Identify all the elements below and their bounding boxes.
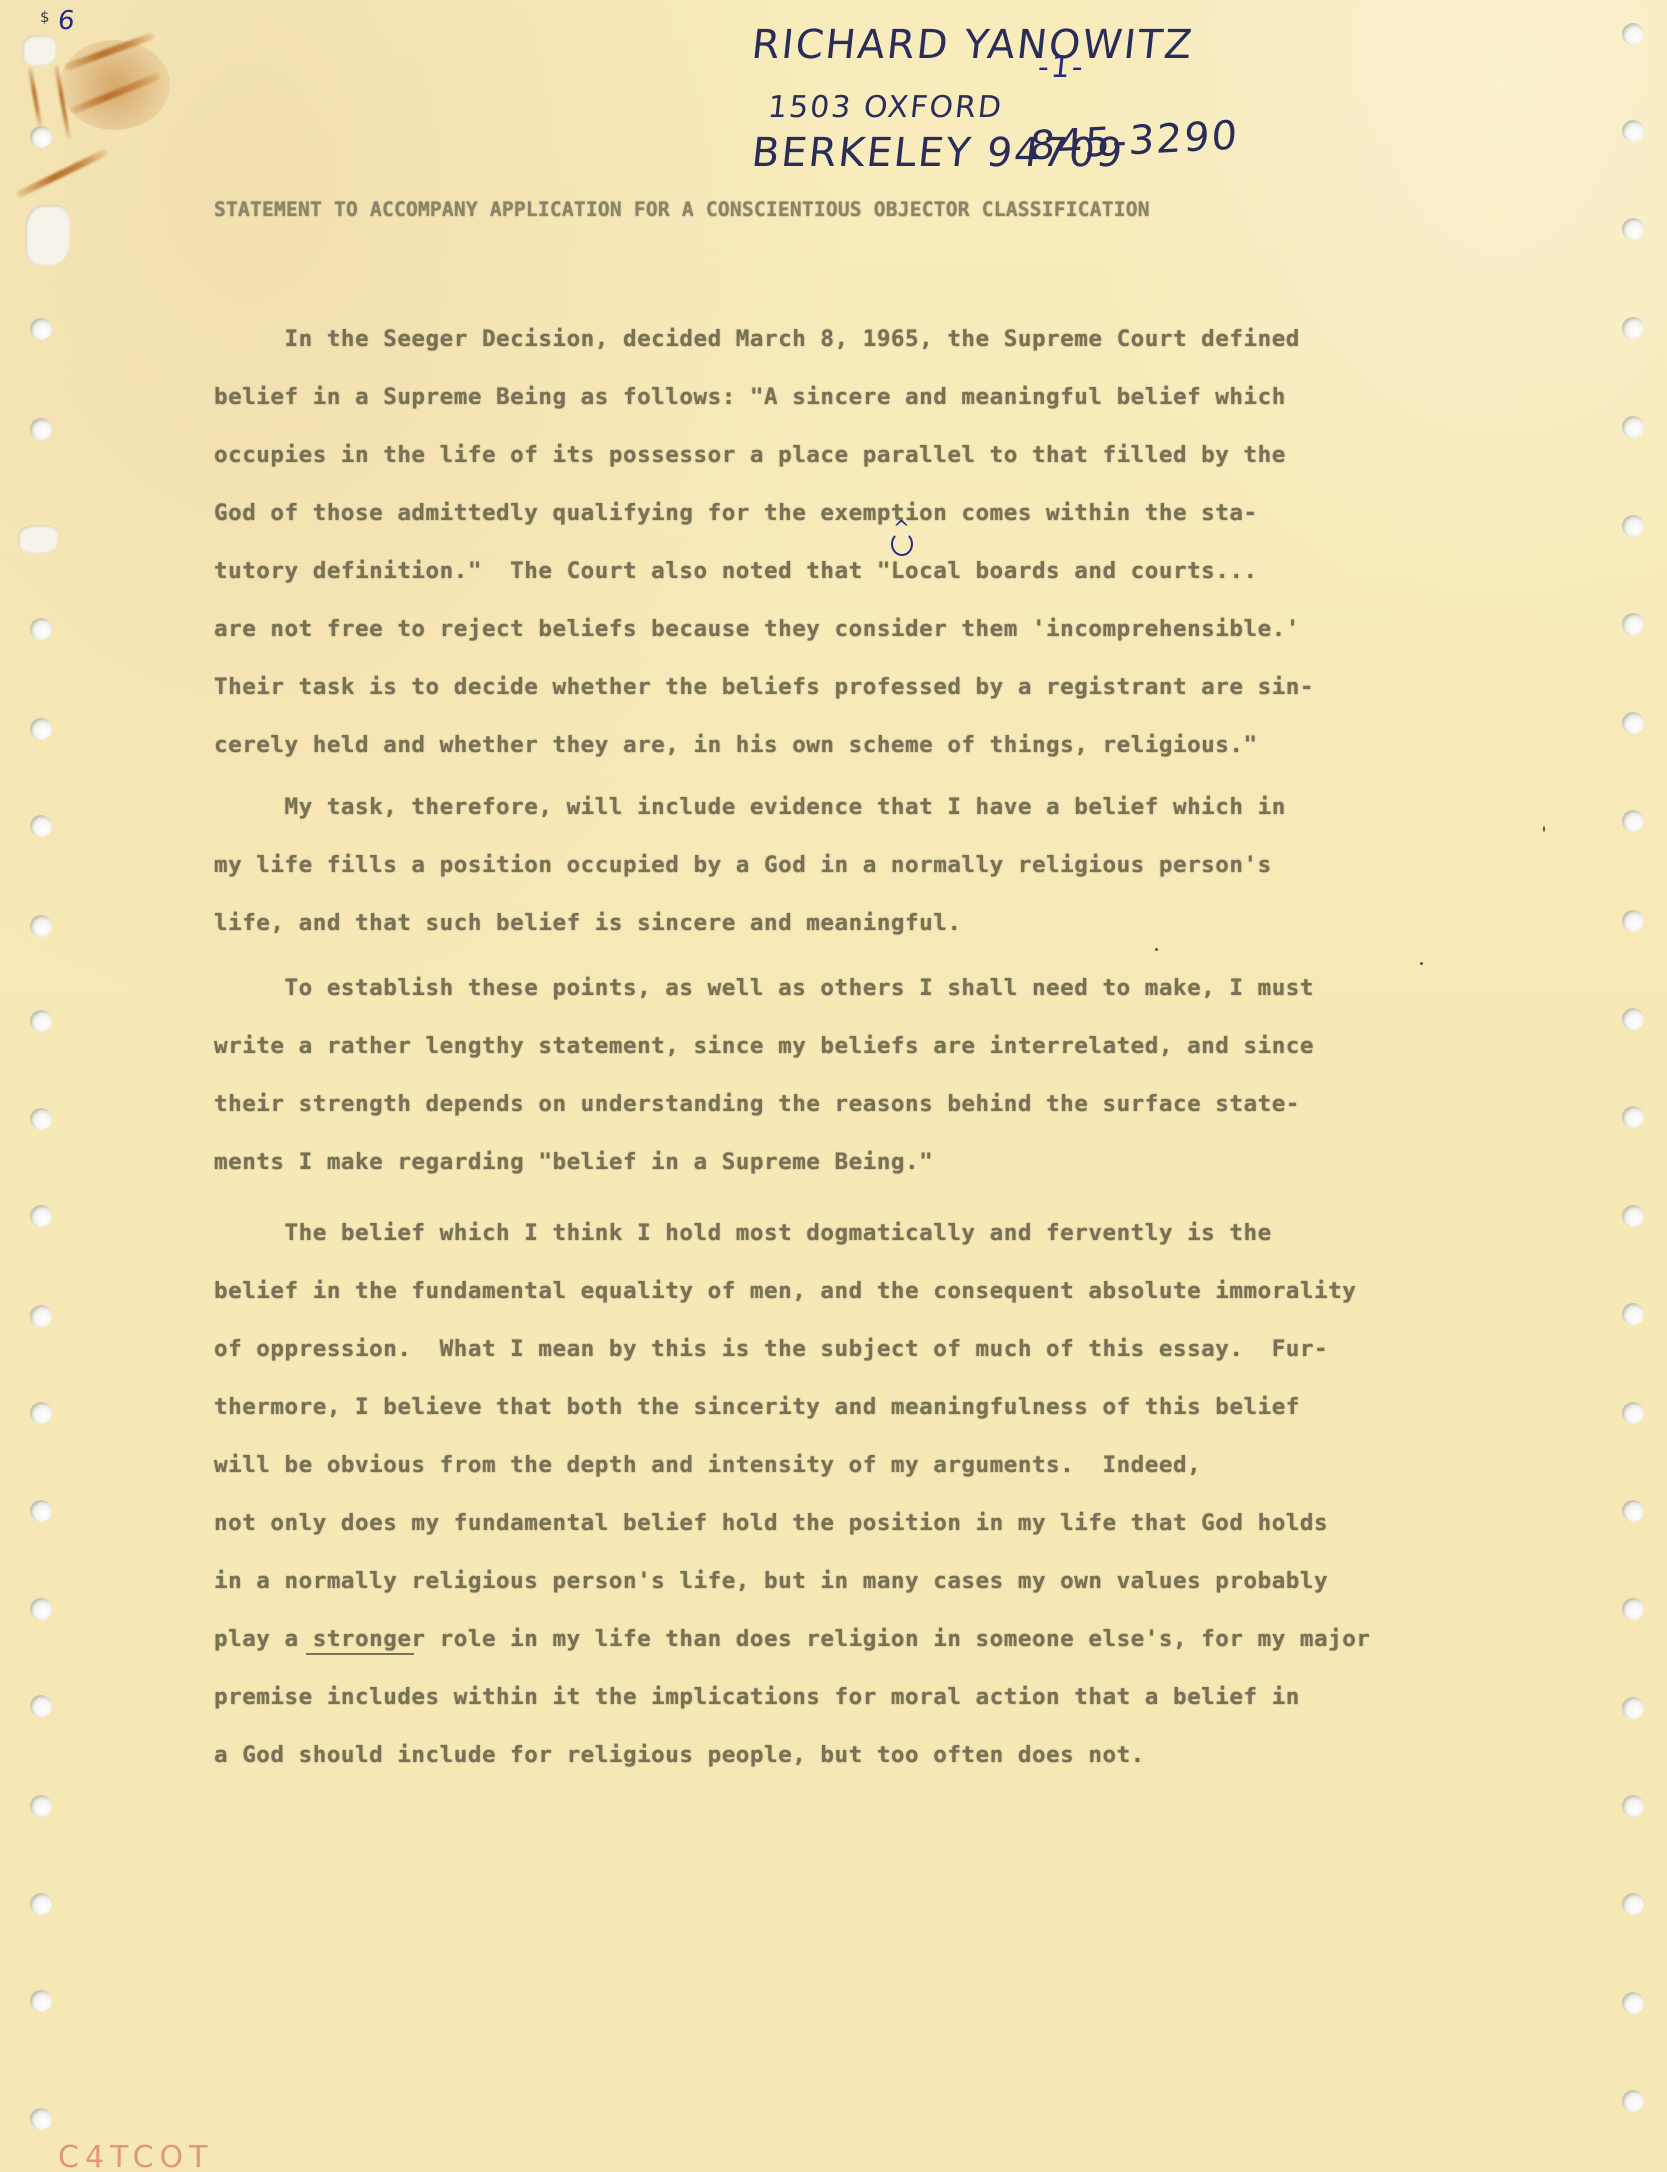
body-line: To establish these points, as well as ot… (214, 975, 1314, 1001)
body-line: a God should include for religious peopl… (214, 1742, 1145, 1768)
body-line: not only does my fundamental belief hold… (214, 1510, 1328, 1536)
body-line: will be obvious from the depth and inten… (214, 1452, 1201, 1478)
feed-hole (30, 915, 52, 937)
body-line: life, and that such belief is sincere an… (214, 910, 961, 936)
feed-hole (30, 1402, 52, 1424)
torn-hole (25, 205, 70, 265)
body-line: belief in the fundamental equality of me… (214, 1278, 1356, 1304)
feed-hole (30, 1010, 52, 1032)
document-page: $ 6 RICHARD YANOWITZ -1- 1503 OXFORD BER… (0, 0, 1667, 2172)
stray-mark (1155, 948, 1158, 951)
feed-hole (1622, 23, 1644, 45)
rust-stain (16, 148, 109, 198)
feed-hole (30, 2108, 52, 2130)
feed-hole (1622, 1008, 1644, 1030)
handwritten-name: RICHARD YANOWITZ (750, 22, 1196, 68)
body-line: God of those admittedly qualifying for t… (214, 500, 1258, 526)
page-number-mark: -1- (1036, 50, 1086, 85)
feed-hole (1622, 317, 1644, 339)
feed-hole (1622, 416, 1644, 438)
feed-hole (30, 815, 52, 837)
body-line: cerely held and whether they are, in his… (214, 732, 1258, 758)
feed-hole (1622, 218, 1644, 240)
body-line: their strength depends on understanding … (214, 1091, 1300, 1117)
feed-hole (1622, 515, 1644, 537)
feed-hole (30, 718, 52, 740)
body-line: My task, therefore, will include evidenc… (214, 794, 1286, 820)
rust-stain (60, 40, 170, 130)
body-line: thermore, I believe that both the sincer… (214, 1394, 1300, 1420)
underline-stronger (306, 1653, 414, 1655)
body-line: The belief which I think I hold most dog… (214, 1220, 1272, 1246)
feed-hole (1622, 1992, 1644, 2014)
body-line: occupies in the life of its possessor a … (214, 442, 1286, 468)
feed-hole (30, 318, 52, 340)
handwritten-correction-mark: ^ (890, 520, 912, 556)
stray-mark (1543, 826, 1545, 832)
feed-hole (1622, 120, 1644, 142)
handwritten-page-count: 6 (56, 6, 78, 36)
feed-hole (1622, 910, 1644, 932)
torn-hole (22, 35, 56, 65)
handwritten-phone: 845-3290 (1028, 113, 1240, 170)
feed-hole (1622, 1402, 1644, 1424)
feed-hole (30, 1598, 52, 1620)
body-line: In the Seeger Decision, decided March 8,… (214, 326, 1300, 352)
feed-hole (30, 1108, 52, 1130)
feed-hole (30, 1795, 52, 1817)
document-title: STATEMENT TO ACCOMPANY APPLICATION FOR A… (214, 198, 1150, 221)
body-line: Their task is to decide whether the beli… (214, 674, 1314, 700)
feed-hole (30, 618, 52, 640)
body-line: belief in a Supreme Being as follows: "A… (214, 384, 1286, 410)
body-line: are not free to reject beliefs because t… (214, 616, 1300, 642)
rust-stain (28, 67, 42, 127)
body-line: write a rather lengthy statement, since … (214, 1033, 1314, 1059)
body-line: my life fills a position occupied by a G… (214, 852, 1272, 878)
stray-mark (1420, 962, 1423, 965)
torn-hole (18, 525, 58, 553)
feed-hole (1622, 1697, 1644, 1719)
feed-hole (30, 1893, 52, 1915)
feed-hole (1622, 1598, 1644, 1620)
feed-hole (30, 126, 52, 148)
handwritten-street: 1503 OXFORD (766, 90, 1005, 125)
feed-hole (1622, 712, 1644, 734)
feed-hole (1622, 810, 1644, 832)
feed-hole (1622, 613, 1644, 635)
feed-hole (1622, 1795, 1644, 1817)
body-line: of oppression. What I mean by this is th… (214, 1336, 1328, 1362)
body-line: play a stronger role in my life than doe… (214, 1626, 1370, 1652)
feed-hole (30, 1990, 52, 2012)
page-code-mark: $ (40, 8, 50, 26)
feed-hole (1622, 2090, 1644, 2112)
body-line: in a normally religious person's life, b… (214, 1568, 1328, 1594)
bottom-stamp: C4TCOT (58, 2140, 214, 2172)
correction-loop (891, 532, 913, 556)
feed-hole (30, 418, 52, 440)
body-line: premise includes within it the implicati… (214, 1684, 1300, 1710)
body-line: ments I make regarding "belief in a Supr… (214, 1149, 933, 1175)
feed-hole (1622, 1893, 1644, 1915)
feed-hole (30, 1205, 52, 1227)
body-line: tutory definition." The Court also noted… (214, 558, 1258, 584)
feed-hole (1622, 1106, 1644, 1128)
feed-hole (1622, 1205, 1644, 1227)
feed-hole (1622, 1303, 1644, 1325)
feed-hole (30, 1695, 52, 1717)
feed-hole (1622, 1500, 1644, 1522)
feed-hole (30, 1305, 52, 1327)
feed-hole (30, 1500, 52, 1522)
